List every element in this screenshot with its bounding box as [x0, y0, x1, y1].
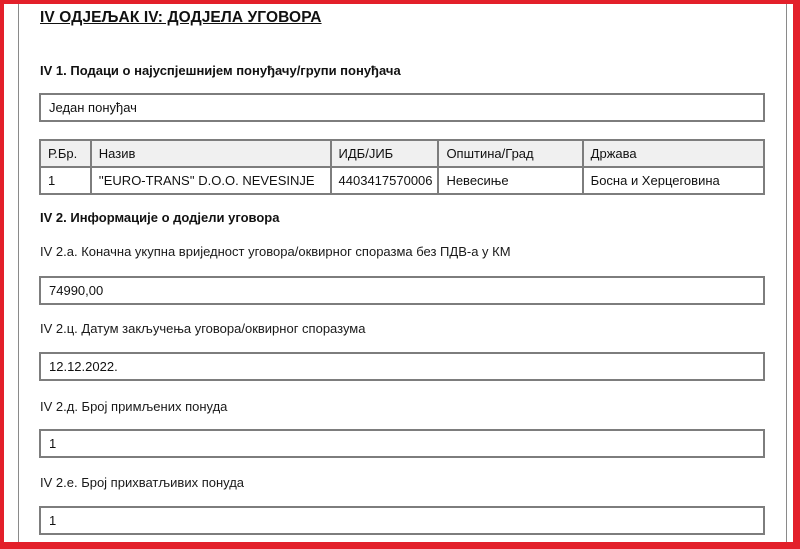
acceptable-bids-field: 1 [39, 506, 765, 535]
col-header-name: Назив [91, 140, 331, 167]
page-right-edge [786, 4, 787, 542]
cell-name: ''EURO-TRANS'' D.O.O. NEVESINJE [91, 167, 331, 194]
contract-value-label: IV 2.а. Коначна укупна вриједност уговор… [40, 244, 511, 259]
page-left-edge [18, 4, 19, 542]
table-header-row: Р.Бр. Назив ИДБ/ЈИБ Општина/Град Држава [40, 140, 764, 167]
table-row: 1 ''EURO-TRANS'' D.O.O. NEVESINJE 440341… [40, 167, 764, 194]
red-frame-border [0, 0, 800, 549]
section-title: IV ОДЈЕЉАК IV: ДОДЈЕЛА УГОВОРА [40, 9, 322, 27]
col-header-municipality: Општина/Град [438, 140, 582, 167]
contract-date-label: IV 2.ц. Датум закључења уговора/оквирног… [40, 321, 365, 336]
acceptable-bids-label: IV 2.е. Број прихватљивих понуда [40, 475, 244, 490]
received-bids-field: 1 [39, 429, 765, 458]
col-header-id: ИДБ/ЈИБ [331, 140, 439, 167]
iv2-heading: IV 2. Информације о додјели уговора [40, 210, 279, 225]
iv1-heading: IV 1. Подаци о најуспјешнијем понуђачу/г… [40, 63, 401, 78]
cell-number: 1 [40, 167, 91, 194]
contract-value-field: 74990,00 [39, 276, 765, 305]
bidders-table: Р.Бр. Назив ИДБ/ЈИБ Општина/Град Држава … [39, 139, 765, 195]
cell-country: Босна и Херцеговина [583, 167, 764, 194]
contract-date-field: 12.12.2022. [39, 352, 765, 381]
cell-id: 4403417570006 [331, 167, 439, 194]
bidder-type-field: Један понуђач [39, 93, 765, 122]
col-header-number: Р.Бр. [40, 140, 91, 167]
received-bids-label: IV 2.д. Број примљених понуда [40, 399, 227, 414]
col-header-country: Држава [583, 140, 764, 167]
cell-municipality: Невесиње [438, 167, 582, 194]
